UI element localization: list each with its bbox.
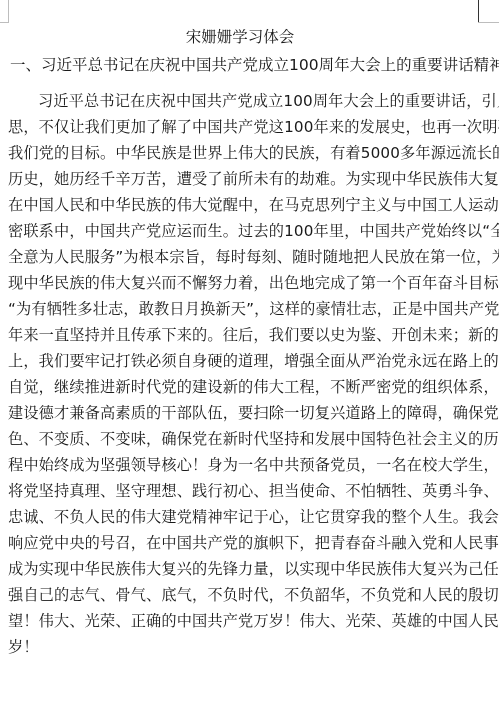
- text-line: “为有牺牲多壮志，敢教日月换新天”，这样的豪情壮志，正是中国共产党百: [8, 296, 472, 322]
- text-line: 年来一直坚持并且传承下来的。往后，我们要以史为鉴、开创未来；新的征程: [8, 322, 472, 348]
- text-line: 思，不仅让我们更加了解了中国共产党这100年来的发展史，也再一次明确了: [8, 114, 472, 140]
- text-line: 在中国人民和中华民族的伟大觉醒中，在马克思列宁主义与中国工人运动的紧: [8, 192, 472, 218]
- text-line: 望！伟大、光荣、正确的中国共产党万岁！伟大、光荣、英雄的中国人民万: [8, 608, 472, 634]
- text-line: 忠诚、不负人民的伟大建党精神牢记于心，让它贯穿我的整个人生。我会积极: [8, 504, 472, 530]
- text-line: 强自己的志气、骨气、底气，不负时代，不负韶华，不负党和人民的殷切期: [8, 582, 472, 608]
- text-line: 程中始终成为坚强领导核心！身为一名中共预备党员，一名在校大学生，我会: [8, 452, 472, 478]
- text-line: 全意为人民服务”为根本宗旨，每时每刻、随时随地把人民放在第一位，为实: [8, 244, 472, 270]
- text-line: 将党坚持真理、坚守理想、践行初心、担当使命、不怕牺牲、英勇斗争、对党: [8, 478, 472, 504]
- text-line: 响应党中央的号召，在中国共产党的旗帜下，把青春奋斗融入党和人民事业，: [8, 530, 472, 556]
- text-line: 现中华民族的伟大复兴而不懈努力着，出色地完成了第一个百年奋斗目标。: [8, 270, 472, 296]
- section-heading-text: 习近平总书记在庆祝中国共产党成立100周年大会上的重要讲话精神: [41, 52, 499, 78]
- document-page[interactable]: 宋姗姗学习体会 一、 习近平总书记在庆祝中国共产党成立100周年大会上的重要讲话…: [8, 24, 472, 660]
- text-line: 历史，她历经千辛万苦，遭受了前所未有的劫难。为实现中华民族伟大复兴，: [8, 166, 472, 192]
- section-number: 一、: [8, 52, 41, 78]
- crop-mark-top-left-vertical: [8, 0, 9, 23]
- text-cursor: [478, 0, 479, 23]
- text-line: 我们党的目标。中华民族是世界上伟大的民族，有着5000多年源远流长的文明: [8, 140, 472, 166]
- text-line: 密联系中，中国共产党应运而生。过去的100年里，中国共产党始终以“全心: [8, 218, 472, 244]
- text-line: 岁！: [8, 634, 472, 660]
- text-line: 自觉，继续推进新时代党的建设新的伟大工程，不断严密党的组织体系，着力: [8, 374, 472, 400]
- section-heading: 一、 习近平总书记在庆祝中国共产党成立100周年大会上的重要讲话精神: [8, 52, 472, 78]
- crop-mark-top-left-horizontal: [0, 22, 9, 23]
- crop-mark-top-right-horizontal: [478, 22, 499, 23]
- text-line: 建设德才兼备高素质的干部队伍，要扫除一切复兴道路上的障碍，确保党不变: [8, 400, 472, 426]
- text-line: 色、不变质、不变味，确保党在新时代坚持和发展中国特色社会主义的历史进: [8, 426, 472, 452]
- body-paragraph[interactable]: 习近平总书记在庆祝中国共产党成立100周年大会上的重要讲话，引人深 思，不仅让我…: [8, 88, 472, 660]
- text-line: 成为实现中华民族伟大复兴的先锋力量，以实现中华民族伟大复兴为己任，增: [8, 556, 472, 582]
- text-line: 习近平总书记在庆祝中国共产党成立100周年大会上的重要讲话，引人深: [8, 88, 472, 114]
- text-line: 上，我们要牢记打铁必须自身硬的道理，增强全面从严治党永远在路上的政治: [8, 348, 472, 374]
- document-title: 宋姗姗学习体会: [8, 24, 472, 50]
